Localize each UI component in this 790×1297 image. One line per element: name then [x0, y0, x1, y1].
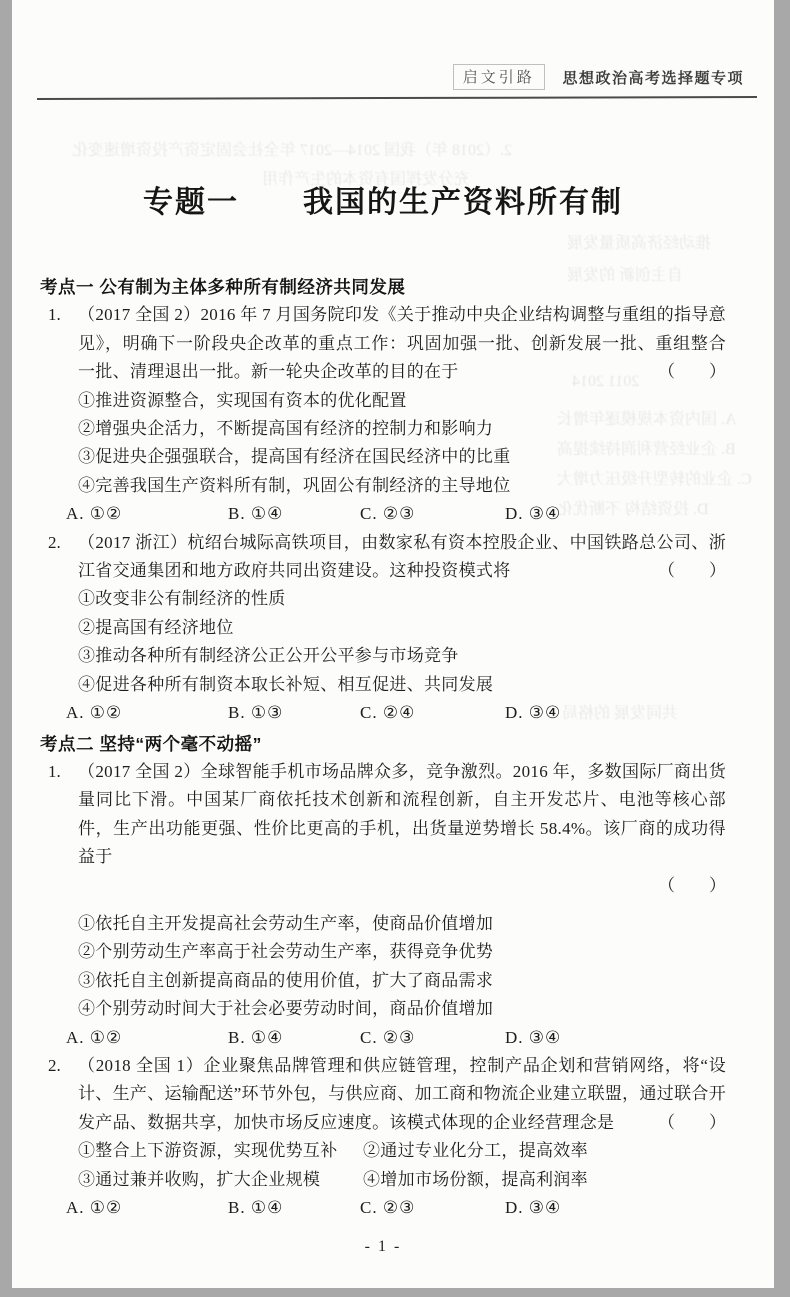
question-number: 2.: [48, 529, 78, 557]
stem-text: （2017 全国 2）全球智能手机市场品牌众多，竞争激烈。2016 年，多数国际…: [78, 762, 726, 866]
item-line: ①整合上下游资源，实现优势互补: [78, 1137, 363, 1165]
page-title: 专题一 我国的生产资料所有制: [40, 177, 726, 221]
question: 1. （2017 全国 2）2016 年 7 月国务院印发《关于推动中央企业结构…: [48, 301, 726, 386]
option-label: A. ①②: [66, 1194, 228, 1222]
question-items: ①整合上下游资源，实现优势互补 ②通过专业化分工，提高效率 ③通过兼并收购，扩大…: [78, 1137, 726, 1194]
option-label: D. ③④: [505, 699, 726, 727]
option-label: C. ②③: [360, 500, 505, 528]
question-number: 2.: [48, 1052, 78, 1080]
item-line: ①推进资源整合，实现国有资本的优化配置: [78, 387, 726, 415]
item-line: ③通过兼并收购，扩大企业规模: [78, 1166, 363, 1194]
question-stem: （2018 全国 1）企业聚焦品牌管理和供应链管理，控制产品企划和营销网络，将“…: [78, 1052, 726, 1137]
item-line: ④完善我国生产资料所有制，巩固公有制经济的主导地位: [78, 472, 726, 500]
question-number: 1.: [48, 758, 78, 786]
item-line: ③促进央企强强联合，提高国有经济在国民经济中的比重: [78, 443, 726, 471]
option-label: B. ①④: [228, 1024, 360, 1052]
option-label: C. ②③: [360, 1024, 505, 1052]
options-row: A. ①② B. ①③ C. ②④ D. ③④: [66, 699, 726, 727]
question: 2. （2017 浙江）杭绍台城际高铁项目，由数家私有资本控股企业、中国铁路总公…: [48, 529, 726, 586]
option-label: B. ①③: [228, 699, 360, 727]
option-label: D. ③④: [505, 1194, 726, 1222]
option-label: D. ③④: [505, 1024, 726, 1052]
option-label: D. ③④: [505, 500, 726, 528]
item-line: ②提高国有经济地位: [78, 614, 726, 642]
header-title: 思想政治高考选择题专项: [562, 67, 744, 88]
scanned-page: 2.（2018 年）我国 2014—2017 年全社会固定资产投资增速变化 充分…: [12, 0, 774, 1288]
item-line: ④增加市场份额，提高利润率: [363, 1166, 726, 1194]
option-label: A. ①②: [66, 699, 228, 727]
option-label: B. ①④: [228, 500, 360, 528]
page-number: - 1 -: [40, 1238, 726, 1256]
question-stem: （2017 全国 2）2016 年 7 月国务院印发《关于推动中央企业结构调整与…: [78, 301, 726, 386]
question: 2. （2018 全国 1）企业聚焦品牌管理和供应链管理，控制产品企划和营销网络…: [48, 1052, 726, 1137]
option-label: A. ①②: [66, 500, 228, 528]
option-label: A. ①②: [66, 1024, 228, 1052]
item-line: ③推动各种所有制经济公正公开公平参与市场竞争: [78, 642, 726, 670]
bleed-fragment: 2.（2018 年）我国 2014—2017 年全社会固定资产投资增速变化: [72, 137, 512, 160]
item-line: ②通过专业化分工，提高效率: [363, 1137, 726, 1165]
header-rule: [37, 96, 757, 100]
question-number: 1.: [48, 301, 78, 329]
question-items: ①推进资源整合，实现国有资本的优化配置 ②增强央企活力，不断提高国有经济的控制力…: [78, 387, 726, 501]
item-line: ①改变非公有制经济的性质: [78, 585, 726, 613]
page-content: 专题一 我国的生产资料所有制 考点一 公有制为主体多种所有制经济共同发展 1. …: [40, 177, 726, 1256]
item-line: ④促进各种所有制资本取长补短、相互促进、共同发展: [78, 671, 726, 699]
question-items: ①依托自主开发提高社会劳动生产率，使商品价值增加 ②个别劳动生产率高于社会劳动生…: [78, 910, 726, 1024]
answer-bracket: （ ）: [78, 872, 726, 900]
options-row: A. ①② B. ①④ C. ②③ D. ③④: [66, 1024, 726, 1052]
item-line: ②个别劳动生产率高于社会劳动生产率，获得竞争优势: [78, 938, 726, 966]
item-line: ①依托自主开发提高社会劳动生产率，使商品价值增加: [78, 910, 726, 938]
item-line: ③依托自主创新提高商品的使用价值，扩大了商品需求: [78, 967, 726, 995]
question-items: ①改变非公有制经济的性质 ②提高国有经济地位 ③推动各种所有制经济公正公开公平参…: [78, 585, 726, 699]
question: 1. （2017 全国 2）全球智能手机市场品牌众多，竞争激烈。2016 年，多…: [48, 758, 726, 900]
section-heading: 考点一 公有制为主体多种所有制经济共同发展: [40, 273, 726, 301]
page-header: 启文引路 思想政治高考选择题专项: [12, 64, 744, 90]
section-heading: 考点二 坚持“两个毫不动摇”: [40, 730, 726, 758]
stem-text: （2017 浙江）杭绍台城际高铁项目，由数家私有资本控股企业、中国铁路总公司、浙…: [78, 533, 726, 580]
option-label: C. ②④: [360, 699, 505, 727]
brand-badge: 启文引路: [453, 64, 545, 90]
question-stem: （2017 全国 2）全球智能手机市场品牌众多，竞争激烈。2016 年，多数国际…: [78, 758, 726, 900]
options-row: A. ①② B. ①④ C. ②③ D. ③④: [66, 1194, 726, 1222]
option-label: C. ②③: [360, 1194, 505, 1222]
options-row: A. ①② B. ①④ C. ②③ D. ③④: [66, 500, 726, 528]
answer-bracket: （ ）: [658, 557, 726, 585]
option-label: B. ①④: [228, 1194, 360, 1222]
answer-bracket: （ ）: [658, 1109, 726, 1137]
question-stem: （2017 浙江）杭绍台城际高铁项目，由数家私有资本控股企业、中国铁路总公司、浙…: [78, 529, 726, 586]
stem-text: （2017 全国 2）2016 年 7 月国务院印发《关于推动中央企业结构调整与…: [78, 305, 726, 381]
stem-text: （2018 全国 1）企业聚焦品牌管理和供应链管理，控制产品企划和营销网络，将“…: [78, 1056, 726, 1132]
answer-bracket: （ ）: [658, 358, 726, 386]
item-line: ④个别劳动时间大于社会必要劳动时间，商品价值增加: [78, 995, 726, 1023]
item-line: ②增强央企活力，不断提高国有经济的控制力和影响力: [78, 415, 726, 443]
